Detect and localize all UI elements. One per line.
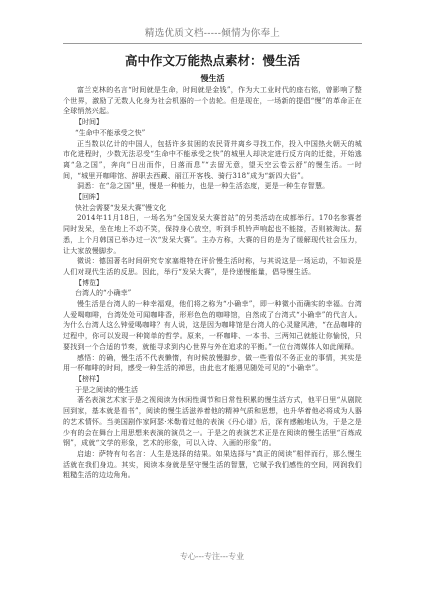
section-insight: 洞悉：在“急之国”里，慢是一种能力，也是一种生活态度，更是一种生存智慧。 bbox=[63, 181, 362, 192]
section-topic: 台湾人的“小确幸” bbox=[63, 288, 362, 299]
section-topic: “生命中不能承受之快” bbox=[63, 128, 362, 139]
page-header: 精选优质文档-----倾情为你奉上 bbox=[63, 27, 362, 41]
section-insight: 微说：德国著名时间研究专家塞维特在评价慢生活时称，与其说这是一场运动，不如说是人… bbox=[63, 256, 362, 277]
section-time: 【时间】 “生命中不能承受之快” 正当数以亿计的中国人，包括许多贫困的农民背井离… bbox=[63, 117, 362, 192]
section-paragraph: 正当数以亿计的中国人，包括许多贫困的农民背井离乡寻找工作，投入中国热火朝天的城市… bbox=[63, 139, 362, 182]
intro-paragraph: 富兰克林的名言“时间就是生命，时间就是金钱”，作为大工业时代的座右铭，曾影响了整… bbox=[63, 85, 362, 117]
section-paragraph: 慢生活是台湾人的一种幸福观，他们将之称为“小确幸”，即一种微小而确实的幸福。台湾… bbox=[63, 299, 362, 353]
section-topic: 于是之阅读的慢生活 bbox=[63, 385, 362, 396]
document-title: 高中作文万能热点素材：慢生活 bbox=[63, 52, 362, 70]
document-body: 高中作文万能热点素材：慢生活 慢生活 富兰克林的名言“时间就是生命，时间就是金钱… bbox=[63, 52, 362, 481]
section-topic: 快社会需要“发呆大赛”慢文化 bbox=[63, 203, 362, 214]
section-paragraph: 著名表演艺术家于是之视阅读为休闲性调节和日常性积累的慢生活方式，他平日里“从剧院… bbox=[63, 395, 362, 449]
section-paragraph: 2014年11月18日，一场名为“全国发呆大赛首站”的另类活动在成都举行。170… bbox=[63, 213, 362, 256]
section-tag: 【博览】 bbox=[63, 278, 362, 289]
page-footer: 专心---专注---专业 bbox=[0, 551, 424, 563]
section-insight: 感悟：的确，慢生活不代表懒惰，有时候放慢脚步，做一些看似不务正业的事情，其实是用… bbox=[63, 353, 362, 374]
section-tag: 【时间】 bbox=[63, 117, 362, 128]
section-tag: 【回眸】 bbox=[63, 192, 362, 203]
section-tag: 【榜样】 bbox=[63, 374, 362, 385]
section-overview: 【博览】 台湾人的“小确幸” 慢生活是台湾人的一种幸福观，他们将之称为“小确幸”… bbox=[63, 278, 362, 374]
header-divider bbox=[63, 43, 362, 44]
section-review: 【回眸】 快社会需要“发呆大赛”慢文化 2014年11月18日，一场名为“全国发… bbox=[63, 192, 362, 278]
section-role-model: 【榜样】 于是之阅读的慢生活 著名表演艺术家于是之视阅读为休闲性调节和日常性积累… bbox=[63, 374, 362, 481]
document-subtitle: 慢生活 bbox=[63, 74, 362, 84]
section-insight: 启迪：萨特有句名言：人生是选择的结果。如果选择与“真正的阅读”相伴而行，那么慢生… bbox=[63, 449, 362, 481]
